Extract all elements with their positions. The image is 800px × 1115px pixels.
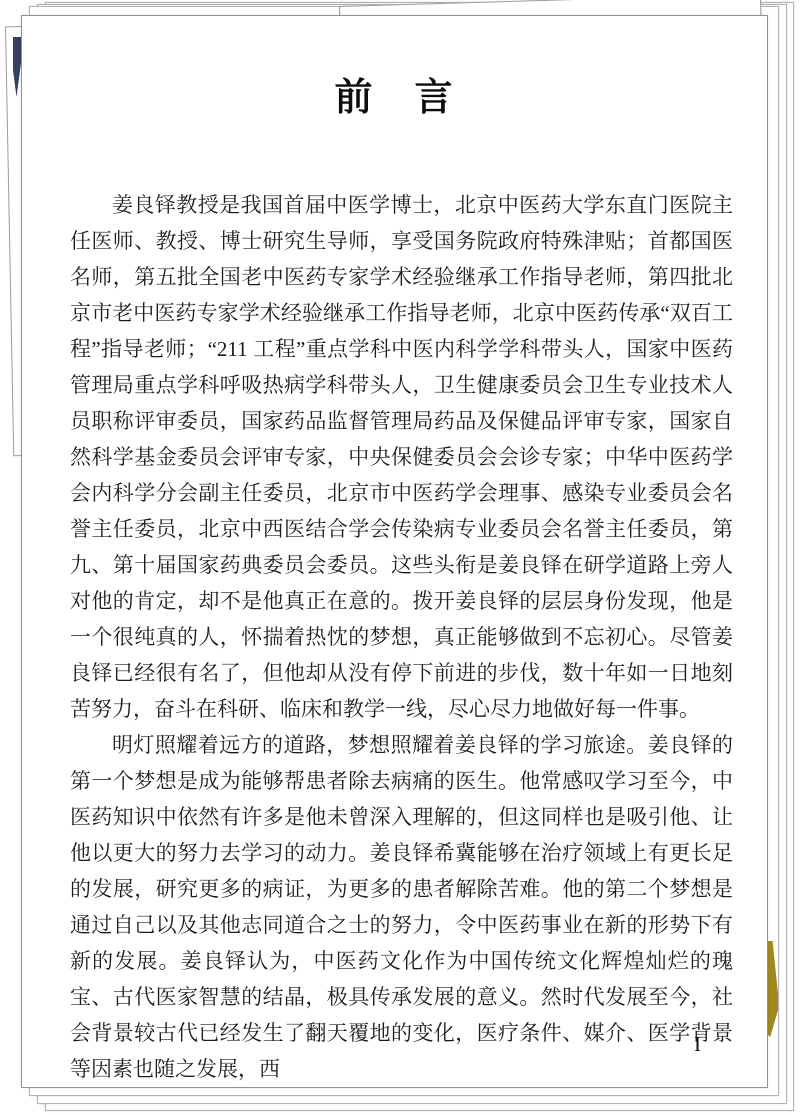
paragraph-2: 明灯照耀着远方的道路，梦想照耀着姜良铎的学习旅途。姜良铎的第一个梦想是成为能够帮… (22, 727, 767, 1087)
page-number: I (694, 1032, 701, 1057)
preface-page: 前 言 姜良铎教授是我国首届中医学博士，北京中医药大学东直门医院主任医师、教授、… (21, 15, 768, 1088)
book-page-stack: 前 言 姜良铎教授是我国首届中医学博士，北京中医药大学东直门医院主任医师、教授、… (0, 0, 800, 1115)
page-title: 前 言 (22, 66, 767, 121)
paragraph-1: 姜良铎教授是我国首届中医学博士，北京中医药大学东直门医院主任医师、教授、博士研究… (22, 187, 767, 727)
